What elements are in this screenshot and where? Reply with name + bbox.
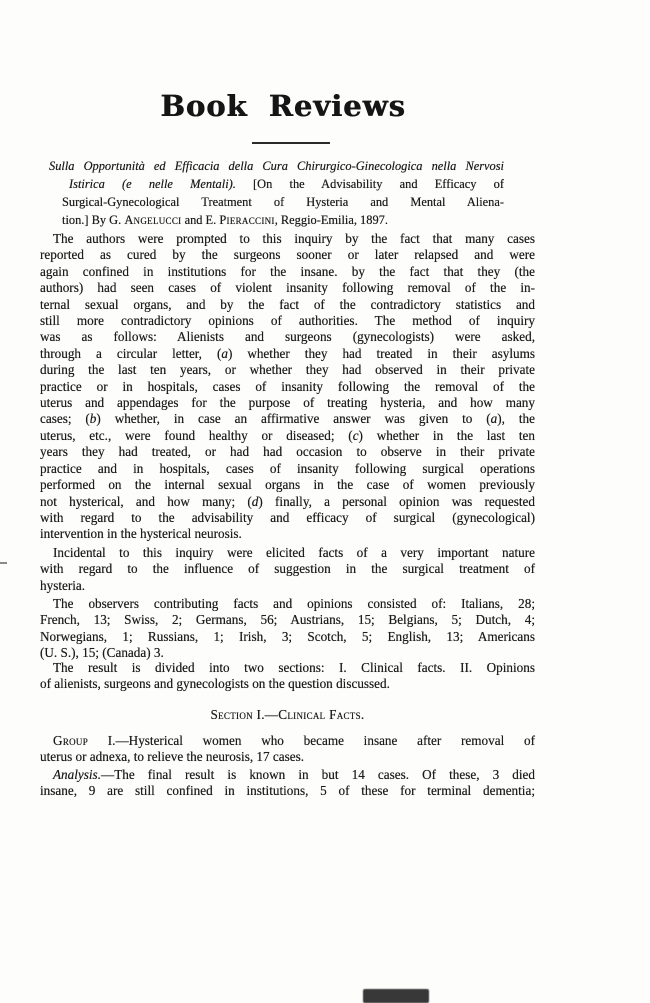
text-line: with regard to the advisability and effi… <box>40 510 535 526</box>
paragraph-result: The result is divided into two sections:… <box>40 660 535 693</box>
reference-title-italian: Sulla Opportunità ed Efficacia della Cur… <box>49 159 504 173</box>
text-line: reported as cured by the surgeons sooner… <box>40 247 535 263</box>
text-line: practice or in hospitals, cases of insan… <box>40 379 535 395</box>
reference-title-translation: Surgical-Gynecological Treatment of Hyst… <box>62 195 504 209</box>
text-line: insane, 9 are still confined in institut… <box>40 783 535 799</box>
text-line: cases; (b) whether, in case an affirmati… <box>40 411 535 427</box>
text-line: Incidental to this inquiry were elicited… <box>40 545 535 561</box>
paragraph-analysis: Analysis.—The final result is known in b… <box>40 767 535 800</box>
text-line: of alienists, surgeons and gynecologists… <box>40 676 535 692</box>
text-line: was as follows: Alienists and surgeons (… <box>40 329 535 345</box>
text-line: French, 13; Swiss, 2; Germans, 56; Austr… <box>40 612 535 628</box>
reference-title-translation: [On the Advisability and Efficacy of <box>236 177 504 191</box>
reference-line: tion.] By G. Angelucci and E. Pieraccini… <box>49 211 504 229</box>
scan-artifact-bar <box>363 989 429 1003</box>
text-line: Norwegians, 1; Russians, 1; Irish, 3; Sc… <box>40 629 535 645</box>
text-line: still more contradictory opinions of aut… <box>40 313 535 329</box>
text-line: ternal sexual organs, and by the fact of… <box>40 297 535 313</box>
title-divider <box>252 142 330 144</box>
text-line: uterus or adnexa, to relieve the neurosi… <box>40 749 535 765</box>
paragraph-observers: The observers contributing facts and opi… <box>40 596 535 662</box>
text-line: years they had treated, or had had occas… <box>40 444 535 460</box>
page-title: Book Reviews <box>18 88 548 124</box>
text-line: hysteria. <box>40 578 535 594</box>
text-line: authors) had seen cases of violent insan… <box>40 280 535 296</box>
reference-title-italian: Istirica (e nelle Mentali). <box>69 177 236 191</box>
author-name: Angelucci <box>124 213 181 227</box>
text-line: performed on the internal sexual organs … <box>40 477 535 493</box>
paragraph-inquiry: The authors were prompted to this inquir… <box>40 231 535 543</box>
text-line: practice and in hospitals, cases of insa… <box>40 461 535 477</box>
text-line: The result is divided into two sections:… <box>40 660 535 676</box>
text-line: The authors were prompted to this inquir… <box>40 231 535 247</box>
scan-artifact-dash <box>0 562 7 564</box>
reference-citation: Sulla Opportunità ed Efficacia della Cur… <box>49 157 504 229</box>
reference-line: Surgical-Gynecological Treatment of Hyst… <box>49 193 504 211</box>
text-line: intervention in the hysterical neurosis. <box>40 526 535 542</box>
text-line: through a circular letter, (a) whether t… <box>40 346 535 362</box>
text-line: uterus and appendages for the purpose of… <box>40 395 535 411</box>
group-label: Group <box>53 733 88 748</box>
scanned-page: Book Reviews Sulla Opportunità ed Effica… <box>0 0 650 1003</box>
paragraph-group-1: Group I.—Hysterical women who became ins… <box>40 733 535 766</box>
reference-byline: and E. <box>181 213 219 227</box>
reference-line: Istirica (e nelle Mentali). [On the Advi… <box>49 175 504 193</box>
reference-line: Sulla Opportunità ed Efficacia della Cur… <box>49 157 504 175</box>
analysis-text: —The final result is known in but 14 cas… <box>101 767 535 782</box>
group-text: I.—Hysterical women who became insane af… <box>88 733 535 748</box>
text-line: again confined in institutions for the i… <box>40 264 535 280</box>
author-name: Pieraccini <box>219 213 274 227</box>
reference-byline: tion.] By G. <box>62 213 124 227</box>
text-line: Analysis.—The final result is known in b… <box>40 767 535 783</box>
text-line: uterus, etc., were found healthy or dise… <box>40 428 535 444</box>
text-line: with regard to the influence of suggesti… <box>40 561 535 577</box>
text-line: not hysterical, and how many; (d) finall… <box>40 494 535 510</box>
reference-publication: , Reggio-Emilia, 1897. <box>275 213 388 227</box>
text-line: The observers contributing facts and opi… <box>40 596 535 612</box>
section-heading: Section I.—Clinical Facts. <box>40 706 535 723</box>
text-line: during the last ten years, or whether th… <box>40 362 535 378</box>
analysis-label: Analysis. <box>53 767 101 782</box>
text-line: Group I.—Hysterical women who became ins… <box>40 733 535 749</box>
paragraph-incidental: Incidental to this inquiry were elicited… <box>40 545 535 594</box>
